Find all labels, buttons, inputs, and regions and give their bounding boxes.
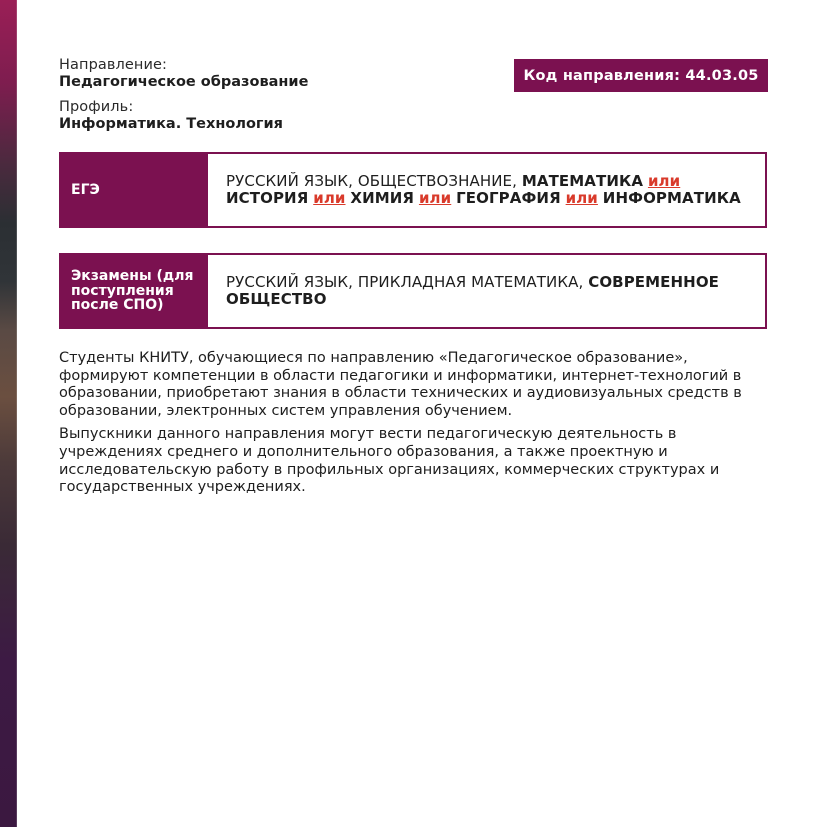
exam-box-ege: ЕГЭ РУССКИЙ ЯЗЫК, ОБЩЕСТВОЗНАНИЕ, МАТЕМА… xyxy=(59,152,767,228)
exam-subjects: РУССКИЙ ЯЗЫК, ОБЩЕСТВОЗНАНИЕ, МАТЕМАТИКА… xyxy=(208,154,765,226)
exam-box-spo: Экзамены (для поступления после СПО) РУС… xyxy=(59,253,767,329)
or-connector: или xyxy=(313,189,345,207)
program-header: Направление: Педагогическое образование … xyxy=(59,56,308,140)
subject-text: МАТЕМАТИКА xyxy=(522,172,643,190)
profile-value: Информатика. Технология xyxy=(59,116,308,133)
description-paragraph: Студенты КНИТУ, обучающиеся по направлен… xyxy=(59,350,771,420)
subject-text: ИСТОРИЯ xyxy=(226,189,308,207)
profile-label: Профиль: xyxy=(59,98,308,116)
description-paragraph: Выпускники данного направления могут вес… xyxy=(59,426,771,496)
direction-value: Педагогическое образование xyxy=(59,74,308,91)
or-connector: или xyxy=(419,189,451,207)
subject-text: ИНФОРМАТИКА xyxy=(603,189,741,207)
side-photo-strip xyxy=(0,0,17,827)
direction-label: Направление: xyxy=(59,56,308,74)
program-description: Студенты КНИТУ, обучающиеся по направлен… xyxy=(59,350,771,503)
subject-text: ХИМИЯ xyxy=(350,189,414,207)
subject-text: ГЕОГРАФИЯ xyxy=(456,189,561,207)
subject-text: РУССКИЙ ЯЗЫК, ОБЩЕСТВОЗНАНИЕ, xyxy=(226,172,522,190)
exam-label: Экзамены (для поступления после СПО) xyxy=(61,255,208,327)
direction-code-badge: Код направления: 44.03.05 xyxy=(514,59,768,92)
exam-subjects: РУССКИЙ ЯЗЫК, ПРИКЛАДНАЯ МАТЕМАТИКА, СОВ… xyxy=(208,255,765,327)
or-connector: или xyxy=(648,172,680,190)
or-connector: или xyxy=(566,189,598,207)
subject-text: РУССКИЙ ЯЗЫК, ПРИКЛАДНАЯ МАТЕМАТИКА, xyxy=(226,273,588,291)
exam-label: ЕГЭ xyxy=(61,154,208,226)
